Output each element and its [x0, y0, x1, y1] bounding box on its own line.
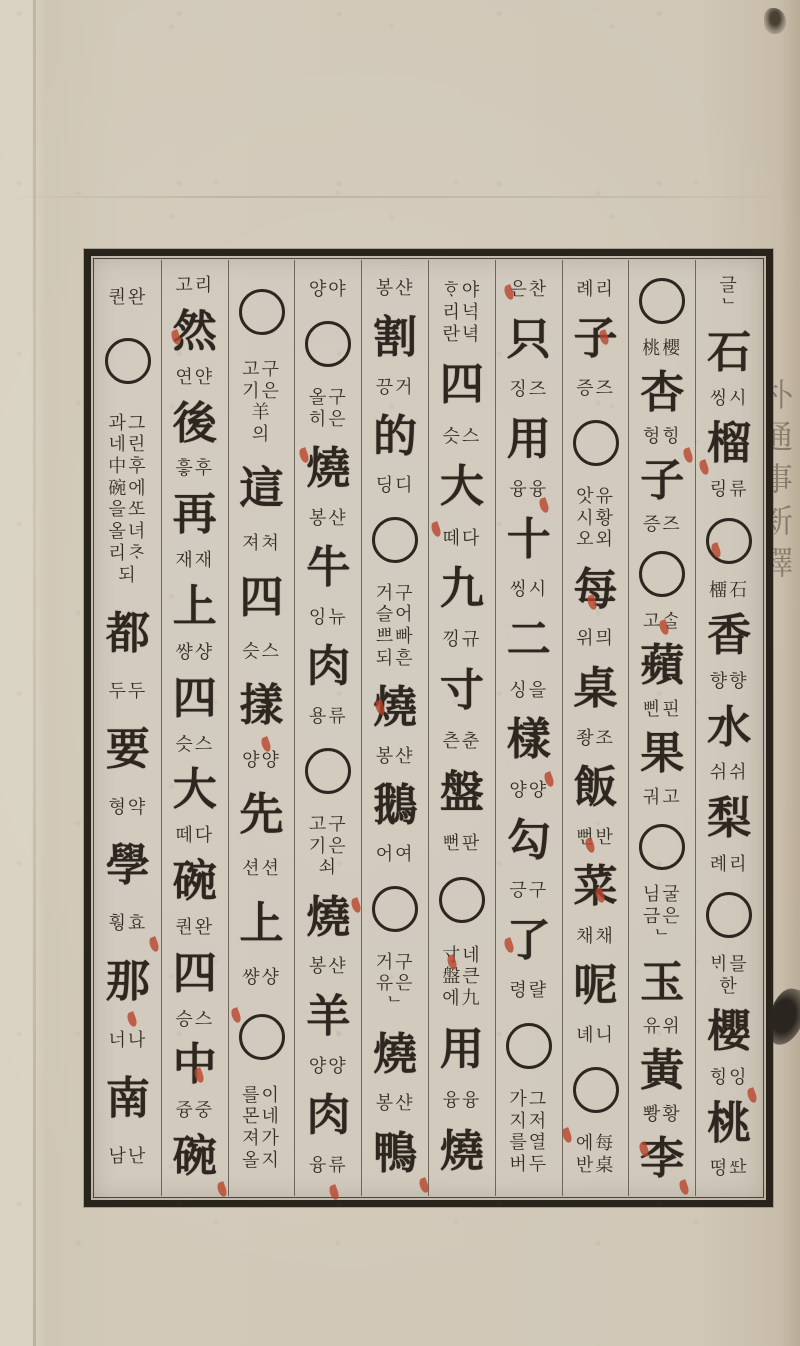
- hangul-gloss-pair: 양양: [509, 781, 548, 802]
- hanja-char: 石: [707, 331, 751, 376]
- small-annotation: 과그네린中후碗에을ᄯᅩ올녀리ᄎᆞ되: [108, 414, 147, 587]
- circle-separator: [372, 886, 418, 932]
- small-annotation: 가그지저를열버두: [509, 1090, 548, 1176]
- small-annotation: 고구기은羊의: [242, 360, 281, 446]
- hanja-char: 碗: [173, 1135, 217, 1180]
- small-annotation: 고ᄉᆞᆯ: [643, 612, 682, 633]
- hangul-gloss-pair: 용류: [309, 707, 348, 728]
- small-annotation: 를이몬네져가올지: [242, 1086, 281, 1172]
- circle-separator: [639, 551, 685, 597]
- circle-separator: [239, 1014, 285, 1060]
- small-annotation: 橊石: [709, 581, 749, 602]
- circle-separator: [639, 278, 685, 324]
- small-annotation: 에每반桌: [576, 1134, 615, 1176]
- circle-separator: [305, 748, 351, 794]
- annotation-row: 盤큰: [442, 967, 481, 988]
- annotation-row: 中후: [108, 457, 147, 478]
- book-page-scan: 朴通事新釋 글ᄂ石씽시榴링류橊石香향향水쉬쉬梨례리ᄇᆡ믈한櫻힝잉桃떵ᄯᅶ桃櫻杏헝…: [0, 0, 800, 1346]
- hangul-gloss-pair: 떼다: [443, 529, 482, 550]
- text-column: ᄒᆞ야리넉란녁四슷스大떼다九낑규寸츤춘盤뻔판寸네盤큰에九用융융燒: [429, 260, 496, 1196]
- hangul-gloss-pair: 두두: [109, 682, 148, 703]
- text-columns: 글ᄂ石씽시榴링류橊石香향향水쉬쉬梨례리ᄇᆡ믈한櫻힝잉桃떵ᄯᅶ桃櫻杏헝힝子증즈고ᄉ…: [95, 260, 762, 1196]
- hangul-gloss-pair: 딩디: [376, 476, 415, 497]
- annotation-row: 되흔: [376, 649, 415, 670]
- hanja-char: 大: [173, 768, 217, 813]
- hangul-gloss-pair: 링류: [710, 480, 749, 501]
- spine-title: 朴通事新釋: [772, 378, 798, 738]
- annotation-row: 님굴: [643, 885, 682, 906]
- hanja-char: 菜: [574, 865, 618, 910]
- hangul-gloss-pair: 흫후: [175, 459, 214, 480]
- hangul-gloss-pair: 슷스: [175, 735, 214, 756]
- annotation-row: 고리: [175, 276, 214, 297]
- hangul-gloss-pair: 션션: [242, 859, 281, 880]
- annotation-row: 은찬: [509, 280, 548, 301]
- hangul-gloss-pair: 형약: [109, 798, 148, 819]
- annotation-row: 가그: [509, 1090, 548, 1111]
- hanja-char: 只: [507, 318, 551, 363]
- annotation-row: 지저: [509, 1112, 548, 1133]
- hangul-gloss-pair: 융류: [309, 1156, 348, 1177]
- annotation-row: 몬네: [242, 1107, 281, 1128]
- hanja-char: 香: [707, 614, 751, 659]
- circle-separator: [239, 289, 285, 335]
- print-border-frame: 글ᄂ石씽시榴링류橊石香향향水쉬쉬梨례리ᄇᆡ믈한櫻힝잉桃떵ᄯᅶ桃櫻杏헝힝子증즈고ᄉ…: [84, 249, 773, 1207]
- hangul-gloss-pair: 즁중: [175, 1101, 214, 1122]
- hangul-gloss-pair: 삔핀: [643, 700, 682, 721]
- annotation-row: 글: [719, 276, 738, 297]
- hanja-char: 那: [106, 960, 150, 1005]
- hanja-char: 中: [173, 1043, 217, 1088]
- hangul-gloss-pair: 봉샨: [309, 509, 348, 530]
- annotation-row: 유은: [376, 974, 415, 995]
- hanja-char: 二: [507, 618, 551, 663]
- hanja-char: 子: [640, 459, 684, 504]
- hangul-gloss-pair: 끙거: [376, 378, 415, 399]
- hanja-char: 呢: [574, 964, 618, 1009]
- hangul-gloss-pair: 봉샨: [376, 1094, 415, 1115]
- hangul-gloss-pair: 례리: [710, 855, 749, 876]
- hanja-char: 割: [373, 316, 417, 361]
- hangul-gloss-pair: 위믜: [576, 629, 615, 650]
- hangul-gloss-pair: 녜니: [576, 1026, 615, 1047]
- hanja-char: 都: [106, 612, 150, 657]
- circle-separator: [506, 1023, 552, 1069]
- hanja-char: 玉: [640, 961, 684, 1006]
- hanja-char: 牛: [306, 546, 350, 591]
- hanja-char: 四: [173, 952, 217, 997]
- hangul-gloss-pair: 씽시: [509, 580, 548, 601]
- hanja-char: 上: [240, 902, 284, 947]
- text-column: 퀀완과그네린中후碗에을ᄯᅩ올녀리ᄎᆞ되都두두要형약學훵효那너나南남난: [95, 260, 162, 1196]
- annotation-row: 고ᄉᆞᆯ: [643, 612, 682, 633]
- hanja-char: 肉: [306, 645, 350, 690]
- hanja-char: 盤: [440, 771, 484, 816]
- hanja-char: 羊: [306, 995, 350, 1040]
- hangul-gloss-pair: 연얀: [175, 368, 214, 389]
- annotation-row: 란녁: [443, 325, 482, 346]
- hanja-char: 飯: [574, 766, 618, 811]
- hangul-gloss-pair: 봉샨: [376, 747, 415, 768]
- hangul-gloss-pair: 향향: [710, 672, 749, 693]
- hangul-gloss-pair: 증즈: [643, 515, 682, 536]
- annotation-row: 桃櫻: [642, 339, 682, 360]
- hangul-gloss-pair: 헝힝: [643, 427, 682, 448]
- hangul-gloss-pair: 융융: [509, 480, 548, 501]
- hanja-char: 勾: [507, 819, 551, 864]
- circle-separator: [372, 517, 418, 563]
- annotation-row: 반桌: [576, 1156, 615, 1177]
- small-annotation: 고구기은쇠: [309, 815, 348, 879]
- annotation-row: 에九: [442, 989, 481, 1010]
- hangul-gloss-pair: 융융: [443, 1091, 482, 1112]
- small-annotation: 거구슬어쁘빠되흔: [376, 584, 415, 670]
- hangul-gloss-pair: 훵효: [109, 914, 148, 935]
- hanja-char: 果: [640, 732, 684, 777]
- hanja-char: 的: [373, 415, 417, 460]
- annotation-row: ᄇᆡ믈: [710, 955, 749, 976]
- small-annotation: 글ᄂ: [719, 276, 738, 318]
- annotation-row: 寸네: [442, 946, 481, 967]
- hangul-gloss-pair: 양양: [309, 1057, 348, 1078]
- annotation-row: 橊石: [709, 581, 749, 602]
- hanja-char: 㨾: [240, 684, 284, 729]
- hangul-gloss-pair: 유위: [643, 1017, 682, 1038]
- text-column: 양야올구히은燒봉샨牛잉뉴肉용류고구기은쇠燒봉샨羊양양肉융류: [295, 260, 362, 1196]
- hangul-gloss-pair: 어여: [376, 845, 415, 866]
- text-column: 고구기은羊의這져쳐四슷스㨾양양先션션上썅샹를이몬네져가올지: [229, 260, 296, 1196]
- hangul-gloss-pair: 재재: [175, 551, 214, 572]
- hangul-gloss-pair: 증즈: [576, 379, 615, 400]
- hanja-char: 寸: [440, 669, 484, 714]
- annotation-row: 올지: [242, 1151, 281, 1172]
- annotation-row: 쁘빠: [376, 627, 415, 648]
- small-annotation: 봉샨: [376, 279, 415, 300]
- small-annotation: 올구히은: [309, 388, 348, 430]
- hangul-gloss-pair: 쉬쉬: [710, 763, 749, 784]
- text-column: 글ᄂ石씽시榴링류橊石香향향水쉬쉬梨례리ᄇᆡ믈한櫻힝잉桃떵ᄯᅶ: [696, 260, 762, 1196]
- hangul-gloss-pair: 썅샹: [175, 643, 214, 664]
- annotation-row: 앗유: [576, 487, 615, 508]
- hanja-char: 九: [440, 567, 484, 612]
- hangul-gloss-pair: 긍구: [509, 881, 548, 902]
- hanja-char: 用: [507, 418, 551, 463]
- small-annotation: 퀀완: [109, 288, 148, 309]
- hangul-gloss-pair: 썅샹: [242, 968, 281, 989]
- hangul-gloss-pair: 뽱황: [643, 1105, 682, 1126]
- text-column: 례리子증즈앗유시황오외每위믜桌좡조飯뻔반菜채채呢녜니에每반桌: [563, 260, 630, 1196]
- small-annotation: 고리: [175, 276, 214, 297]
- hanja-char: 蘋: [640, 644, 684, 689]
- circle-separator: [439, 877, 485, 923]
- hanja-char: 這: [240, 467, 284, 512]
- hanja-char: 燒: [373, 686, 417, 731]
- small-annotation: 양야: [309, 280, 348, 301]
- hanja-char: 杏: [640, 371, 684, 416]
- annotation-row: 과그: [109, 414, 148, 435]
- text-column: 은찬只징즈用융융十씽시二싱을樣양양勾긍구了령랼가그지저를열버두: [496, 260, 563, 1196]
- hanja-char: 桌: [574, 667, 618, 712]
- small-annotation: ᄒᆞ야리넉란녁: [443, 281, 482, 345]
- hanja-char: 榴: [707, 422, 751, 467]
- circle-separator: [573, 420, 619, 466]
- hanja-char: 梨: [707, 797, 751, 842]
- hanja-char: 樣: [507, 718, 551, 763]
- annotation-row: ᄂ: [719, 298, 738, 319]
- annotation-row: 거구: [376, 953, 415, 974]
- text-column: 桃櫻杏헝힝子증즈고ᄉᆞᆯ蘋삔핀果궈고님굴금은ᄂ玉유위黃뽱황李: [629, 260, 696, 1196]
- hangul-gloss-pair: 령랼: [509, 981, 548, 1002]
- paper-crease: [0, 196, 800, 198]
- hanja-char: 用: [440, 1028, 484, 1073]
- annotation-row: 를열: [509, 1133, 548, 1154]
- hanja-char: 學: [106, 844, 150, 889]
- hangul-gloss-pair: 떼다: [175, 826, 214, 847]
- circle-separator: [706, 892, 752, 938]
- annotation-row: 퀀완: [109, 288, 148, 309]
- hanja-char: 後: [173, 402, 217, 447]
- hanja-char: 燒: [306, 447, 350, 492]
- annotation-row: 리ᄎᆞ: [109, 544, 148, 565]
- small-annotation: 은찬: [509, 280, 548, 301]
- hanja-char: 燒: [373, 1033, 417, 1078]
- annotation-row: 슬어: [376, 605, 415, 626]
- hanja-char: 先: [240, 793, 284, 838]
- hangul-gloss-pair: 힝잉: [710, 1068, 749, 1089]
- hangul-gloss-pair: 너나: [109, 1031, 148, 1052]
- text-column: 고리然연얀後흫후再재재上썅샹四슷스大떼다碗퀀완四승스中즁중碗: [162, 260, 229, 1196]
- hanja-char: 十: [507, 518, 551, 563]
- annotation-row: 에每: [576, 1134, 615, 1155]
- circle-separator: [706, 518, 752, 564]
- annotation-row: 리넉: [443, 303, 482, 324]
- annotation-row: 금은: [643, 907, 682, 928]
- hanja-char: 鵝: [373, 784, 417, 829]
- annotation-row: 고구: [309, 815, 348, 836]
- small-annotation: 례리: [576, 280, 615, 301]
- hanja-char: 每: [574, 568, 618, 613]
- circle-separator: [639, 824, 685, 870]
- annotation-row: 기은: [309, 837, 348, 858]
- annotation-row: 를이: [242, 1086, 281, 1107]
- corner-ink-speck: [764, 8, 786, 34]
- annotation-row: ᄂ: [653, 929, 672, 950]
- annotation-row: 히은: [309, 410, 348, 431]
- hangul-gloss-pair: 져쳐: [242, 534, 281, 555]
- hanja-char: 四: [240, 576, 284, 621]
- annotation-row: 을ᄯᅩ: [109, 500, 148, 521]
- annotation-row: 양야: [309, 280, 348, 301]
- hangul-gloss-pair: 싱을: [509, 681, 548, 702]
- annotation-row: 올구: [309, 388, 348, 409]
- annotation-row: 한: [719, 977, 738, 998]
- circle-separator: [573, 1067, 619, 1113]
- hanja-char: 要: [106, 728, 150, 773]
- small-annotation: 寸네盤큰에九: [442, 946, 481, 1010]
- circle-separator: [105, 338, 151, 384]
- small-annotation: 님굴금은ᄂ: [643, 885, 682, 949]
- hanja-char: 了: [507, 919, 551, 964]
- hangul-gloss-pair: 떵ᄯᅶ: [710, 1159, 749, 1180]
- hanja-char: 水: [707, 706, 751, 751]
- hangul-gloss-pair: 뻔반: [576, 828, 615, 849]
- small-annotation: 桃櫻: [642, 339, 682, 360]
- hangul-gloss-pair: 봉샨: [309, 957, 348, 978]
- hanja-char: 櫻: [707, 1010, 751, 1055]
- annotation-row: 되: [118, 566, 137, 587]
- text-column: 봉샨割끙거的딩디거구슬어쁘빠되흔燒봉샨鵝어여거구유은ᄂ燒봉샨鴨: [362, 260, 429, 1196]
- binding-gutter-crease: [33, 0, 36, 1346]
- hanja-char: 子: [574, 317, 618, 362]
- hangul-gloss-pair: 채채: [576, 927, 615, 948]
- hangul-gloss-pair: 잉뉴: [309, 608, 348, 629]
- hangul-gloss-pair: 좡조: [576, 729, 615, 750]
- hangul-gloss-pair: 씽시: [710, 389, 749, 410]
- small-annotation: ᄇᆡ믈한: [710, 955, 749, 997]
- hangul-gloss-pair: 남난: [109, 1147, 148, 1168]
- hanja-char: 黃: [640, 1049, 684, 1094]
- hanja-char: 四: [173, 677, 217, 722]
- small-annotation: 거구유은ᄂ: [376, 953, 415, 1017]
- annotation-row: ᄂ: [385, 996, 404, 1017]
- circle-separator: [305, 321, 351, 367]
- hangul-gloss-pair: 슷스: [242, 642, 281, 663]
- hanja-char: 四: [440, 363, 484, 408]
- hangul-gloss-pair: 징즈: [509, 380, 548, 401]
- hanja-char: 碗: [173, 860, 217, 905]
- hanja-char: 上: [173, 585, 217, 630]
- annotation-row: 의: [252, 425, 271, 446]
- hangul-gloss-pair: 승스: [175, 1010, 214, 1031]
- annotation-row: 네린: [109, 435, 148, 456]
- annotation-row: 례리: [576, 280, 615, 301]
- annotation-row: 羊: [252, 403, 272, 424]
- hangul-gloss-pair: 양양: [242, 751, 281, 772]
- annotation-row: 시황: [576, 509, 615, 530]
- hanja-char: 鴨: [373, 1132, 417, 1177]
- hanja-char: 肉: [306, 1094, 350, 1139]
- hanja-char: 燒: [440, 1130, 484, 1175]
- annotation-row: 오외: [576, 530, 615, 551]
- small-annotation: 앗유시황오외: [576, 487, 615, 551]
- hanja-char: 李: [640, 1137, 684, 1182]
- annotation-row: 고구: [242, 360, 281, 381]
- hangul-gloss-pair: 퀀완: [175, 918, 214, 939]
- hanja-char: 然: [173, 310, 217, 355]
- hangul-gloss-pair: 궈고: [643, 788, 682, 809]
- annotation-row: ᄒᆞ야: [443, 281, 482, 302]
- annotation-row: 거구: [376, 584, 415, 605]
- hanja-char: 南: [106, 1077, 150, 1122]
- hangul-gloss-pair: 낑규: [443, 630, 482, 651]
- hanja-char: 桃: [707, 1102, 751, 1147]
- annotation-row: 碗에: [108, 479, 147, 500]
- annotation-row: 봉샨: [376, 279, 415, 300]
- hangul-gloss-pair: 슷스: [443, 427, 482, 448]
- hanja-char: 再: [173, 493, 217, 538]
- hangul-gloss-pair: 뻔판: [443, 834, 482, 855]
- hanja-char: 燒: [306, 896, 350, 941]
- hanja-char: 大: [440, 465, 484, 510]
- annotation-row: 져가: [242, 1129, 281, 1150]
- annotation-row: 쇠: [319, 858, 338, 879]
- annotation-row: 버두: [509, 1155, 548, 1176]
- annotation-row: 기은: [242, 382, 281, 403]
- annotation-row: 올녀: [109, 522, 148, 543]
- hangul-gloss-pair: 츤춘: [443, 732, 482, 753]
